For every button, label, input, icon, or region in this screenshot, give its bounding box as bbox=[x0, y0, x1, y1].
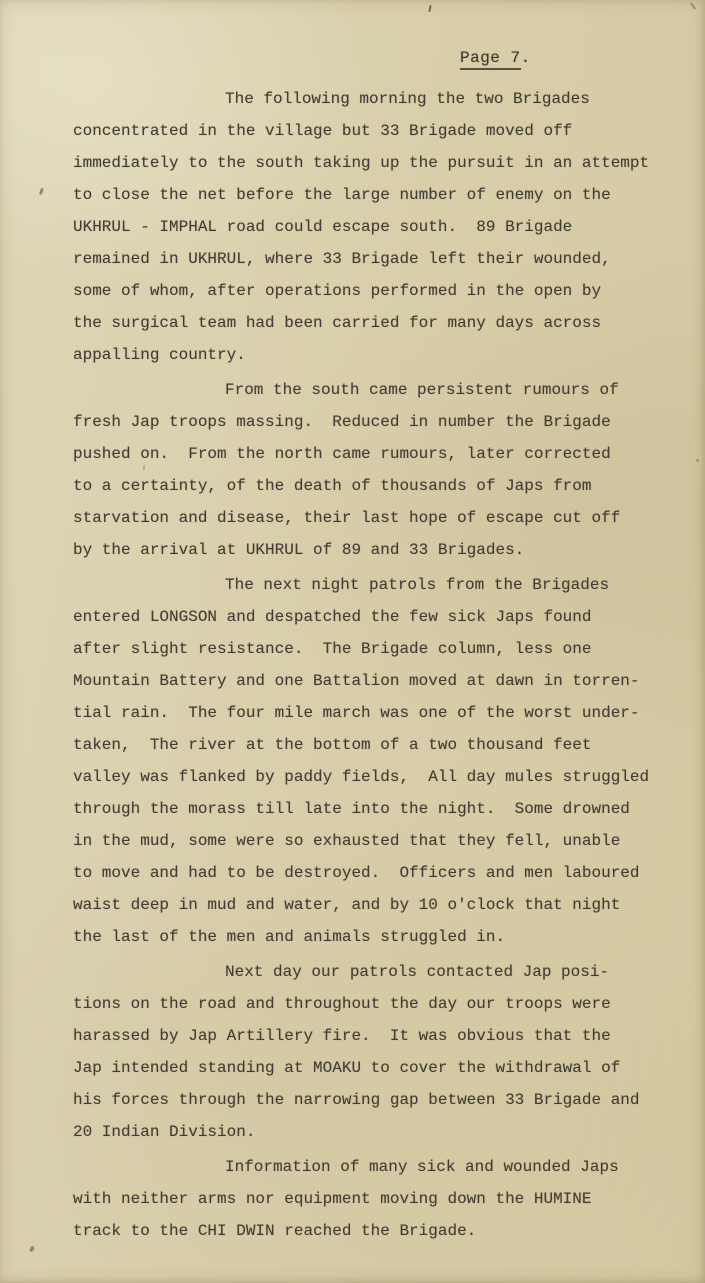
text-line: entered LONGSON and despatched the few s… bbox=[73, 601, 705, 633]
paper-speck bbox=[428, 5, 431, 12]
text-line: his forces through the narrowing gap bet… bbox=[73, 1084, 705, 1116]
paper-speck bbox=[696, 459, 699, 462]
paragraph: The next night patrols from the Brigades… bbox=[73, 569, 705, 953]
text-line: starvation and disease, their last hope … bbox=[73, 502, 705, 534]
text-line: the surgical team had been carried for m… bbox=[73, 307, 705, 339]
text-line: track to the CHI DWIN reached the Brigad… bbox=[73, 1215, 705, 1247]
text-line: through the morass till late into the ni… bbox=[73, 793, 705, 825]
text-line: The next night patrols from the Brigades bbox=[73, 569, 705, 601]
text-line: immediately to the south taking up the p… bbox=[73, 147, 705, 179]
text-line: waist deep in mud and water, and by 10 o… bbox=[73, 889, 705, 921]
document-body: The following morning the two Brigadesco… bbox=[73, 83, 705, 1247]
paragraph: The following morning the two Brigadesco… bbox=[73, 83, 705, 371]
text-line: in the mud, some were so exhausted that … bbox=[73, 825, 705, 857]
page-number-suffix: . bbox=[521, 49, 531, 67]
text-line: tial rain. The four mile march was one o… bbox=[73, 697, 705, 729]
text-line: after slight resistance. The Brigade col… bbox=[73, 633, 705, 665]
page-number-heading: Page 7. bbox=[460, 48, 705, 68]
text-line: by the arrival at UKHRUL of 89 and 33 Br… bbox=[73, 534, 705, 566]
text-line: The following morning the two Brigades bbox=[73, 83, 705, 115]
text-line: to close the net before the large number… bbox=[73, 179, 705, 211]
text-line: From the south came persistent rumours o… bbox=[73, 374, 705, 406]
text-line: 20 Indian Division. bbox=[73, 1116, 705, 1148]
paper-speck bbox=[29, 1245, 35, 1252]
text-line: remained in UKHRUL, where 33 Brigade lef… bbox=[73, 243, 705, 275]
paragraph: Information of many sick and wounded Jap… bbox=[73, 1151, 705, 1247]
text-line: UKHRUL - IMPHAL road could escape south.… bbox=[73, 211, 705, 243]
paper-speck bbox=[39, 188, 44, 196]
text-line: to a certainty, of the death of thousand… bbox=[73, 470, 705, 502]
paragraph: Next day our patrols contacted Jap posi-… bbox=[73, 956, 705, 1148]
text-line: the last of the men and animals struggle… bbox=[73, 921, 705, 953]
text-line: tions on the road and throughout the day… bbox=[73, 988, 705, 1020]
text-line: taken, The river at the bottom of a two … bbox=[73, 729, 705, 761]
text-line: fresh Jap troops massing. Reduced in num… bbox=[73, 406, 705, 438]
text-line: with neither arms nor equipment moving d… bbox=[73, 1183, 705, 1215]
text-line: concentrated in the village but 33 Briga… bbox=[73, 115, 705, 147]
text-line: valley was flanked by paddy fields, All … bbox=[73, 761, 705, 793]
text-line: Next day our patrols contacted Jap posi- bbox=[73, 956, 705, 988]
page-number-underlined-text: Page 7 bbox=[460, 49, 521, 70]
text-line: to move and had to be destroyed. Officer… bbox=[73, 857, 705, 889]
text-line: some of whom, after operations performed… bbox=[73, 275, 705, 307]
document-page: Page 7. The following morning the two Br… bbox=[0, 0, 705, 1283]
text-line: Mountain Battery and one Battalion moved… bbox=[73, 665, 705, 697]
text-line: Information of many sick and wounded Jap… bbox=[73, 1151, 705, 1183]
text-line: harassed by Jap Artillery fire. It was o… bbox=[73, 1020, 705, 1052]
text-line: pushed on. From the north came rumours, … bbox=[73, 438, 705, 470]
paragraph: From the south came persistent rumours o… bbox=[73, 374, 705, 566]
text-line: appalling country. bbox=[73, 339, 705, 371]
text-line: Jap intended standing at MOAKU to cover … bbox=[73, 1052, 705, 1084]
paper-speck bbox=[690, 2, 696, 10]
